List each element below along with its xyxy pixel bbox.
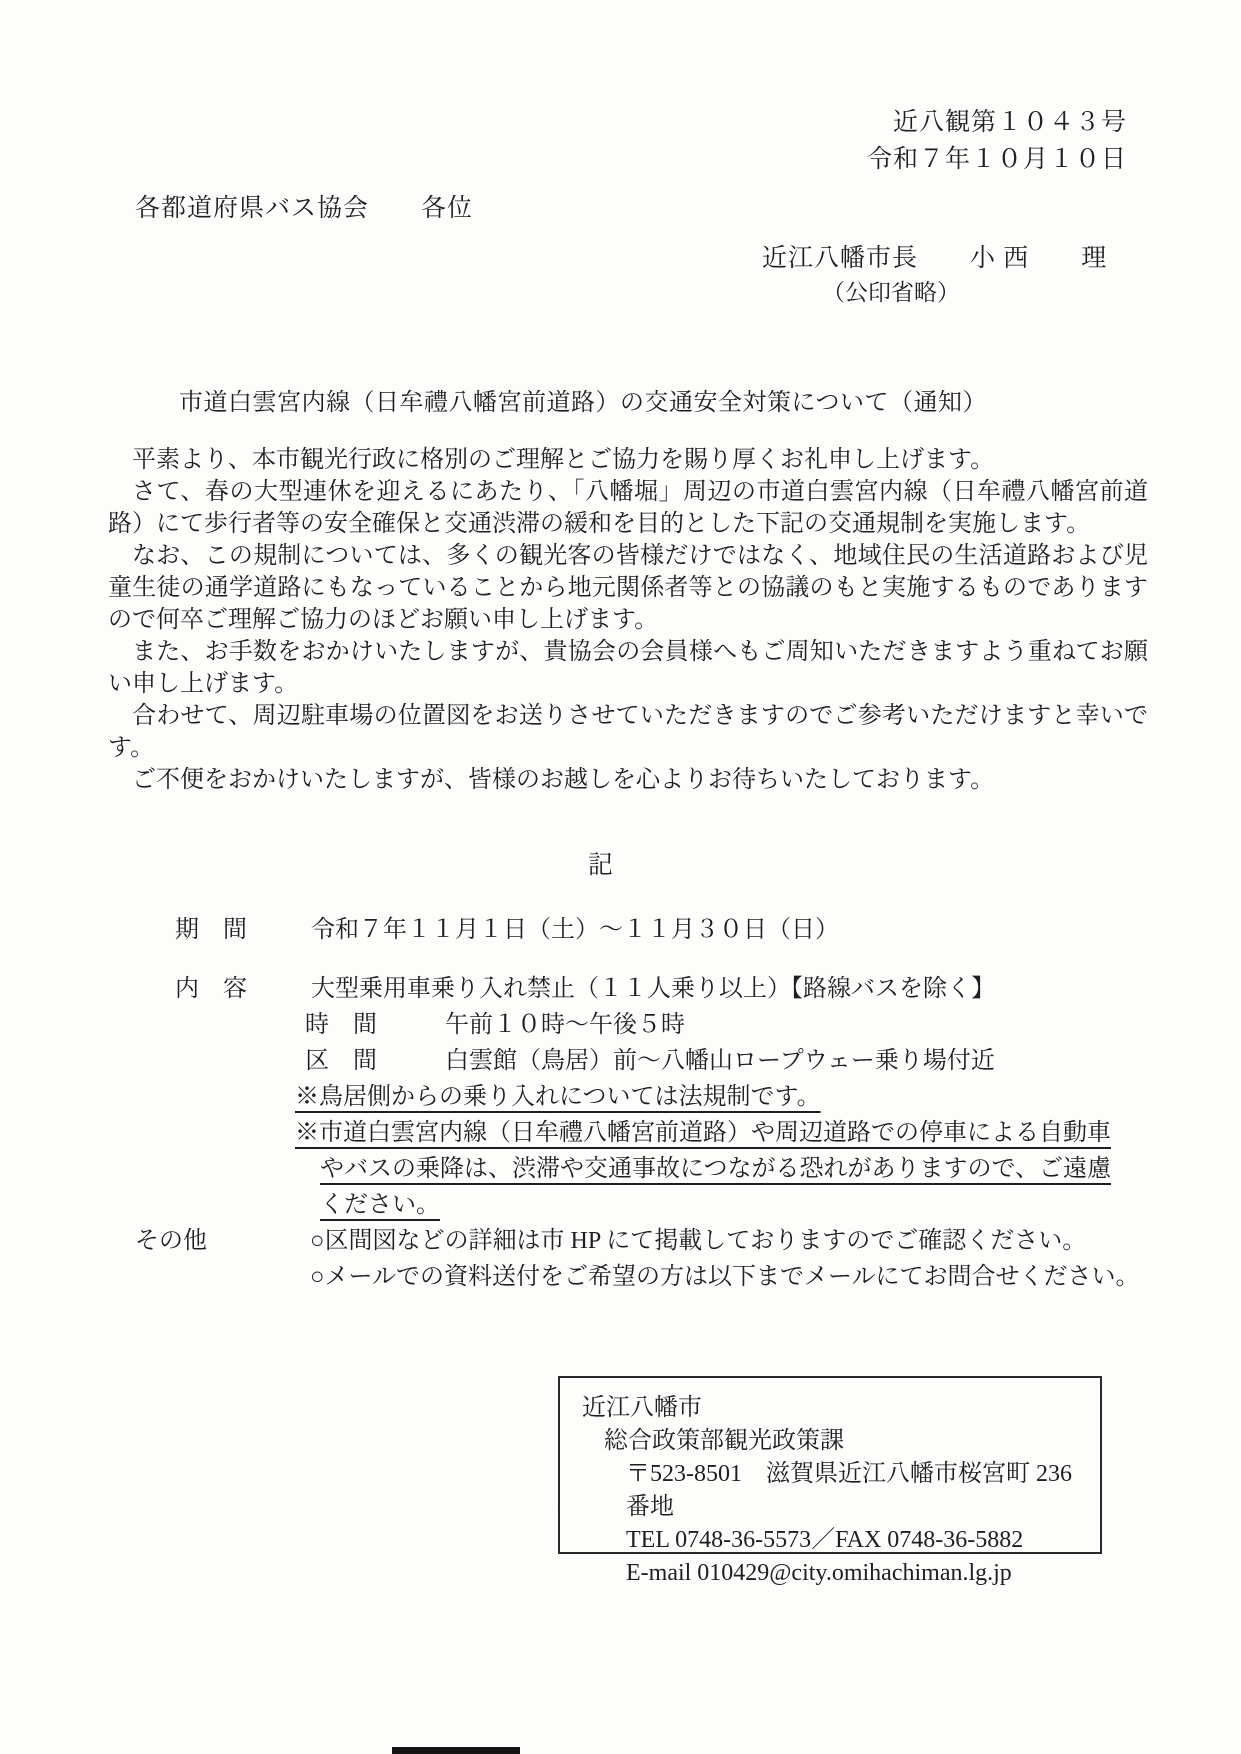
recipient-line: 各都道府県バス協会 各位 (135, 188, 473, 224)
content-label: 内 容 (175, 971, 311, 1007)
time-row: 時 間午前１０時～午後５時 (135, 1007, 1165, 1043)
other-item-mail: ○メールでの資料送付をご希望の方は以下までメールにてお問合せください。 (310, 1259, 1140, 1295)
other-items: ○区間図などの詳細は市 HP にて掲載しておりますのでご確認ください。 ○メール… (310, 1223, 1140, 1295)
document-number: 近八観第１０４３号 (867, 104, 1127, 141)
document-title: 市道白雲宮内線（日牟禮八幡宮前道路）の交通安全対策について（通知） (179, 382, 987, 417)
body-paragraph: なお、この規制については、多くの観光客の皆様だけではなく、地域住民の生活道路およ… (108, 540, 1148, 636)
details-section: 期 間令和７年１１月１日（土）～１１月３０日（日） 内 容大型乗用車乗り入れ禁止… (135, 912, 1165, 1295)
section-value: 白雲館（鳥居）前～八幡山ロープウェー乗り場付近 (445, 1048, 995, 1074)
period-label: 期 間 (175, 912, 311, 948)
note-row: ※市道白雲宮内線（日牟禮八幡宮前道路）や周辺道路での停車による自動車やバスの乗降… (135, 1115, 1120, 1223)
period-value: 令和７年１１月１日（土）～１１月３０日（日） (311, 917, 839, 943)
contact-org: 近江八幡市 (582, 1392, 1090, 1425)
time-label: 時 間 (305, 1007, 445, 1043)
section-row: 区 間白雲館（鳥居）前～八幡山ロープウェー乗り場付近 (135, 1043, 1165, 1079)
content-row: 内 容大型乗用車乗り入れ禁止（１１人乗り以上）【路線バスを除く】 (135, 971, 1165, 1007)
contact-address: 〒523-8501 滋賀県近江八幡市桜宮町 236 番地 (582, 1458, 1090, 1524)
body-paragraph: 合わせて、周辺駐車場の位置図をお送りさせていただきますのでご参考いただけますと幸… (108, 700, 1148, 764)
other-label: その他 (135, 1223, 310, 1295)
body-paragraph: ご不便をおかけいたしますが、皆様のお越しを心よりお待ちいたしております。 (108, 764, 1148, 796)
section-label: 区 間 (305, 1043, 445, 1079)
body-paragraph: また、お手数をおかけいたしますが、貴協会の会員様へもご周知いただきますよう重ねて… (108, 636, 1148, 700)
contact-box: 近江八幡市 総合政策部観光政策課 〒523-8501 滋賀県近江八幡市桜宮町 2… (558, 1376, 1102, 1554)
note-torii: ※鳥居側からの乗り入れについては法規制です。 (295, 1084, 821, 1110)
body-paragraph: 平素より、本市観光行政に格別のご理解とご協力を賜り厚くお礼申し上げます。 (108, 444, 1148, 476)
sender-name: 近江八幡市長 小 西 理 (762, 238, 1107, 274)
note-parking: ※市道白雲宮内線（日牟禮八幡宮前道路）や周辺道路での停車による自動車やバスの乗降… (295, 1120, 1111, 1218)
period-row: 期 間令和７年１１月１日（土）～１１月３０日（日） (135, 912, 1165, 948)
scan-artifact-mark (392, 1747, 520, 1754)
other-row: その他 ○区間図などの詳細は市 HP にて掲載しておりますのでご確認ください。 … (135, 1223, 1165, 1295)
content-value: 大型乗用車乗り入れ禁止（１１人乗り以上）【路線バスを除く】 (311, 976, 995, 1002)
other-item-hp: ○区間図などの詳細は市 HP にて掲載しておりますのでご確認ください。 (310, 1223, 1140, 1259)
note-row: ※鳥居側からの乗り入れについては法規制です。 (135, 1079, 1165, 1115)
sender-seal-note: （公印省略） (822, 274, 960, 307)
contact-tel-fax: TEL 0748-36-5573／FAX 0748-36-5882 (582, 1524, 1090, 1557)
letter-body: 平素より、本市観光行政に格別のご理解とご協力を賜り厚くお礼申し上げます。 さて、… (108, 444, 1148, 796)
scanned-letter-page: 近八観第１０４３号 令和７年１０月１０日 各都道府県バス協会 各位 近江八幡市長… (0, 0, 1241, 1754)
document-meta: 近八観第１０４３号 令和７年１０月１０日 (867, 104, 1127, 178)
time-value: 午前１０時～午後５時 (445, 1012, 685, 1038)
body-paragraph: さて、春の大型連休を迎えるにあたり、「八幡堀」周辺の市道白雲宮内線（日牟禮八幡宮… (108, 476, 1148, 540)
document-date: 令和７年１０月１０日 (867, 141, 1127, 178)
contact-email: E-mail 010429@city.omihachiman.lg.jp (582, 1557, 1090, 1590)
record-marker: 記 (0, 845, 1201, 881)
contact-division: 総合政策部観光政策課 (582, 1425, 1090, 1458)
